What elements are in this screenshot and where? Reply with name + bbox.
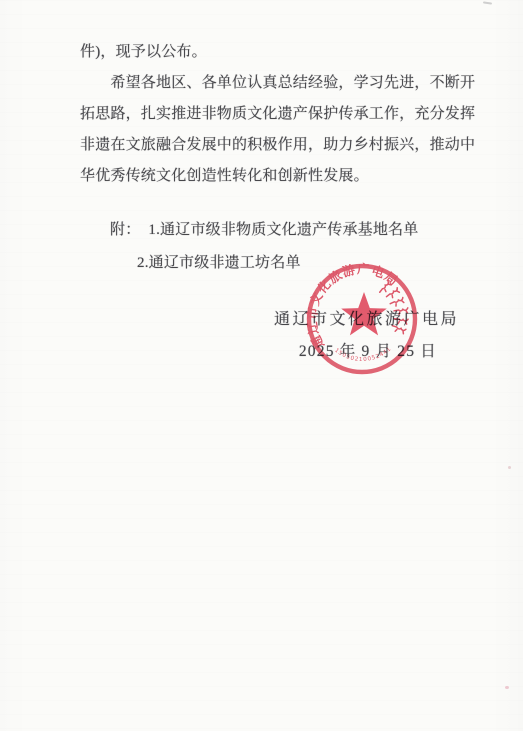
attachment-label: 附： [110, 222, 140, 238]
official-seal: 通辽市文化旅游广电局 15050210052441 [292, 249, 434, 391]
body-line: 件)，现予以公布。 [80, 37, 476, 68]
body-line: 非遗在文旅融合发展中的积极作用，助力乡村振兴，推动中 [80, 130, 476, 161]
notice-body: 件)，现予以公布。 希望各地区、各单位认真总结经验，学习先进，不断开 拓思路，扎… [80, 37, 476, 192]
body-line: 华优秀传统文化创造性转化和创新性发展。 [80, 161, 476, 192]
body-line: 希望各地区、各单位认真总结经验，学习先进，不断开 [80, 68, 476, 99]
seal-serial-number: 15050210052441 [333, 346, 393, 363]
star-icon [341, 292, 387, 335]
body-line: 拓思路，扎实推进非物质文化遗产保护传承工作，充分发挥 [80, 99, 476, 130]
scanned-document-page: { "page": { "background": "#fbfbf9", "te… [0, 0, 523, 731]
attachment-item-2: 2.通辽市级非遗工坊名单 [137, 255, 301, 271]
seal-body: 通辽市文化旅游广电局 15050210052441 [304, 261, 415, 372]
seal-arc-text: 通辽市文化旅游广电局 [304, 261, 401, 351]
attachment-item: 附：1.通辽市级非物质文化遗产传承基地名单 [110, 214, 418, 247]
scan-speck [483, 1, 492, 4]
scan-speck [508, 466, 511, 469]
scan-speck [505, 686, 509, 689]
attachment-item-1: 1.通辽市级非物质文化遗产传承基地名单 [148, 222, 418, 238]
